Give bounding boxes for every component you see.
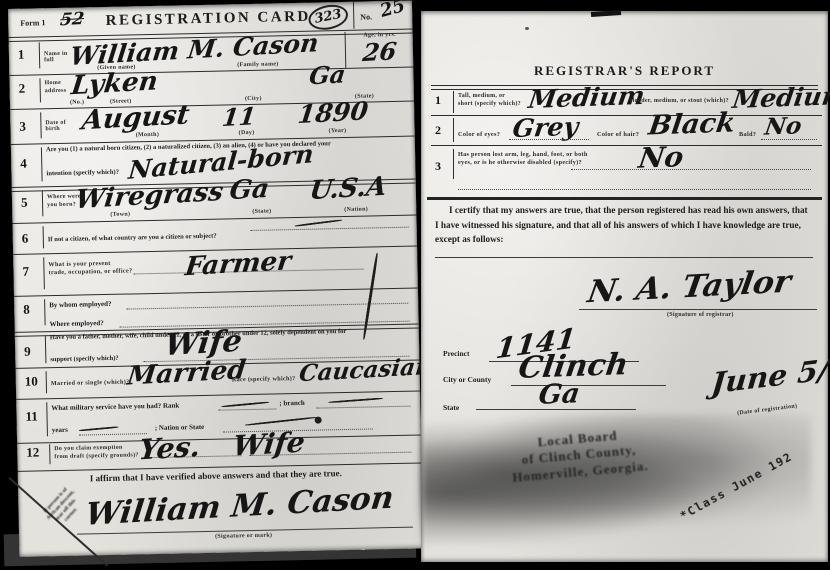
birth-year: 1890 bbox=[296, 96, 369, 129]
occupation-answer: Farmer bbox=[183, 246, 292, 282]
field-label-top: What is your present bbox=[48, 260, 110, 268]
row-number: 3 bbox=[435, 159, 441, 174]
state-label: State bbox=[443, 403, 459, 412]
exception-blank-line bbox=[435, 257, 813, 258]
tick bbox=[45, 335, 47, 363]
report-title: REGISTRAR'S REPORT bbox=[421, 63, 828, 79]
city-county-label: City or County bbox=[443, 375, 491, 384]
report-row-disability: 3 Has person lost arm, leg, hand, foot, … bbox=[421, 145, 828, 197]
field-label: Date of birth bbox=[45, 120, 75, 133]
scan-mark bbox=[591, 10, 621, 17]
question-line1: Do you claim exemption bbox=[54, 445, 123, 452]
sub-day: (Day) bbox=[239, 130, 255, 136]
tick bbox=[46, 371, 47, 393]
label-branch: ; branch bbox=[279, 399, 305, 408]
question-line2: from draft (specify grounds)? bbox=[54, 452, 138, 460]
pen-dash bbox=[328, 397, 383, 403]
sub-year: (Year) bbox=[329, 128, 347, 134]
blank-line bbox=[218, 408, 276, 410]
birth-day: 11 bbox=[220, 101, 257, 132]
row-number: 3 bbox=[19, 119, 26, 135]
sub-town: (Town) bbox=[110, 211, 130, 217]
tick bbox=[453, 91, 454, 113]
no-label: No. bbox=[360, 12, 372, 22]
birth-nation: U.S.A bbox=[308, 172, 388, 206]
field-label-top: Home bbox=[45, 80, 62, 86]
registrars-report-card: REGISTRAR'S REPORT 1 Tall, medium, or sh… bbox=[421, 11, 828, 562]
blank-line bbox=[571, 169, 811, 170]
question: If not a citizen, of what country are yo… bbox=[48, 233, 217, 244]
report-row-build: 1 Tall, medium, or short (specify which)… bbox=[421, 89, 828, 115]
tick bbox=[453, 118, 454, 142]
tick bbox=[43, 257, 45, 289]
birth-state: Ga bbox=[228, 174, 271, 206]
married-answer: Married bbox=[126, 355, 248, 392]
tick bbox=[40, 112, 42, 138]
row-number: 1 bbox=[18, 47, 25, 63]
state-value: Ga bbox=[537, 378, 582, 410]
row-number: 2 bbox=[19, 81, 26, 97]
question-hair: Color of hair? bbox=[597, 131, 639, 138]
scanned-draft-registration: Form 1 52 REGISTRATION CARD 323 No. 25 1… bbox=[0, 0, 830, 570]
question-employer: By whom employed? bbox=[49, 300, 111, 310]
state-line bbox=[476, 409, 636, 410]
row-number: 6 bbox=[22, 231, 29, 247]
question-eyes: Color of eyes? bbox=[458, 131, 500, 138]
label-years: years bbox=[52, 426, 68, 435]
pen-dash bbox=[79, 426, 119, 432]
tick bbox=[39, 78, 41, 102]
row-number: 10 bbox=[25, 373, 38, 389]
birth-month: August bbox=[80, 99, 191, 136]
header-divider bbox=[353, 2, 355, 29]
blank-line bbox=[79, 433, 147, 435]
exemption-answer: Yes. bbox=[137, 430, 202, 466]
blank-line bbox=[509, 139, 589, 140]
question-married: Married or single (which)? bbox=[51, 379, 130, 388]
pen-blob bbox=[315, 417, 322, 424]
tick bbox=[42, 190, 44, 216]
question-line2: intention (specify which)? bbox=[46, 169, 119, 178]
tick bbox=[453, 149, 454, 179]
report-row-eyes-hair: 2 Color of eyes? Grey Color of hair? Bla… bbox=[421, 115, 828, 145]
pen-dash bbox=[221, 401, 269, 407]
serial-scribble: 52 bbox=[59, 9, 85, 30]
question-bald: Bald? bbox=[739, 131, 756, 138]
precinct-label: Precinct bbox=[443, 349, 470, 358]
address-state: Ga bbox=[308, 59, 348, 90]
sub-month: (Month) bbox=[136, 132, 160, 138]
registration-date: June 5/17 bbox=[710, 348, 830, 401]
question-rank: What military service have you had? Rank bbox=[51, 402, 179, 413]
row-number: 8 bbox=[23, 302, 30, 318]
tick bbox=[43, 226, 44, 248]
no-value: 25 bbox=[378, 0, 408, 22]
field-label: Name in full bbox=[44, 51, 70, 64]
question-height-a: Tall, medium, or bbox=[458, 93, 505, 99]
question-disability-a: Has person lost arm, leg, hand, foot, or… bbox=[458, 151, 588, 158]
pen-dash bbox=[294, 219, 342, 227]
row-number: 7 bbox=[22, 264, 29, 280]
form-label: Form 1 bbox=[20, 18, 45, 28]
exemption-detail: Wife bbox=[231, 426, 307, 463]
row-number: 5 bbox=[21, 195, 28, 211]
bald-answer: No bbox=[763, 112, 803, 140]
tick bbox=[49, 444, 50, 464]
tick bbox=[41, 147, 43, 181]
sub-nation: (Nation) bbox=[344, 207, 368, 213]
field-label-bottom: you born? bbox=[47, 202, 76, 209]
signature-sublabel: (Signature or mark) bbox=[215, 533, 272, 540]
question-build: Slender, medium, or stout (which)? bbox=[629, 98, 729, 104]
build-answer: Medium bbox=[731, 81, 830, 114]
scan-dot bbox=[525, 27, 529, 30]
row-number: 1 bbox=[435, 93, 441, 108]
field-label-bottom: address bbox=[45, 88, 67, 94]
sub-no: (No.) bbox=[70, 99, 84, 105]
row-number: 4 bbox=[20, 156, 27, 172]
question-where: Where employed? bbox=[50, 319, 104, 329]
row-number: 2 bbox=[435, 123, 441, 138]
registrar-signature: N. A. Taylor bbox=[585, 264, 793, 310]
registration-card: Form 1 52 REGISTRATION CARD 323 No. 25 1… bbox=[8, 1, 423, 557]
blank-line bbox=[316, 406, 410, 409]
row-number: 11 bbox=[25, 408, 38, 424]
field-label-bottom: trade, occupation, or office? bbox=[48, 267, 132, 276]
hair-answer: Black bbox=[647, 108, 738, 142]
blank-line bbox=[761, 139, 817, 140]
sub-family: (Family name) bbox=[237, 61, 279, 68]
question-disability-b: eyes, or is he otherwise disabled (speci… bbox=[458, 159, 582, 166]
registrar-signature-sublabel: (Signature of registrar) bbox=[667, 312, 734, 318]
affirmation-text: I affirm that I have verified above answ… bbox=[90, 468, 342, 483]
row-number: 9 bbox=[24, 344, 31, 360]
city-county-line bbox=[511, 385, 666, 386]
row-number: 12 bbox=[26, 444, 39, 460]
card-title: REGISTRATION CARD bbox=[100, 9, 316, 31]
registrar-signature-line bbox=[579, 309, 817, 310]
tick bbox=[39, 42, 41, 68]
question-height-b: short (specify which)? bbox=[458, 101, 521, 107]
rule bbox=[427, 197, 822, 200]
registrant-signature: William M. Cason bbox=[84, 480, 396, 533]
certification-text: I certify that my answers are true, that… bbox=[435, 203, 813, 247]
blank-line bbox=[458, 189, 811, 190]
question-race: Race (specify which)? bbox=[232, 375, 296, 383]
address-answer: Lyken bbox=[70, 66, 160, 101]
blank-line bbox=[251, 227, 409, 231]
tick bbox=[44, 299, 46, 325]
tick bbox=[46, 402, 48, 436]
question-line2: support (specify which)? bbox=[50, 355, 118, 364]
age-value: 26 bbox=[361, 36, 398, 67]
sub-state: (State) bbox=[252, 209, 271, 215]
